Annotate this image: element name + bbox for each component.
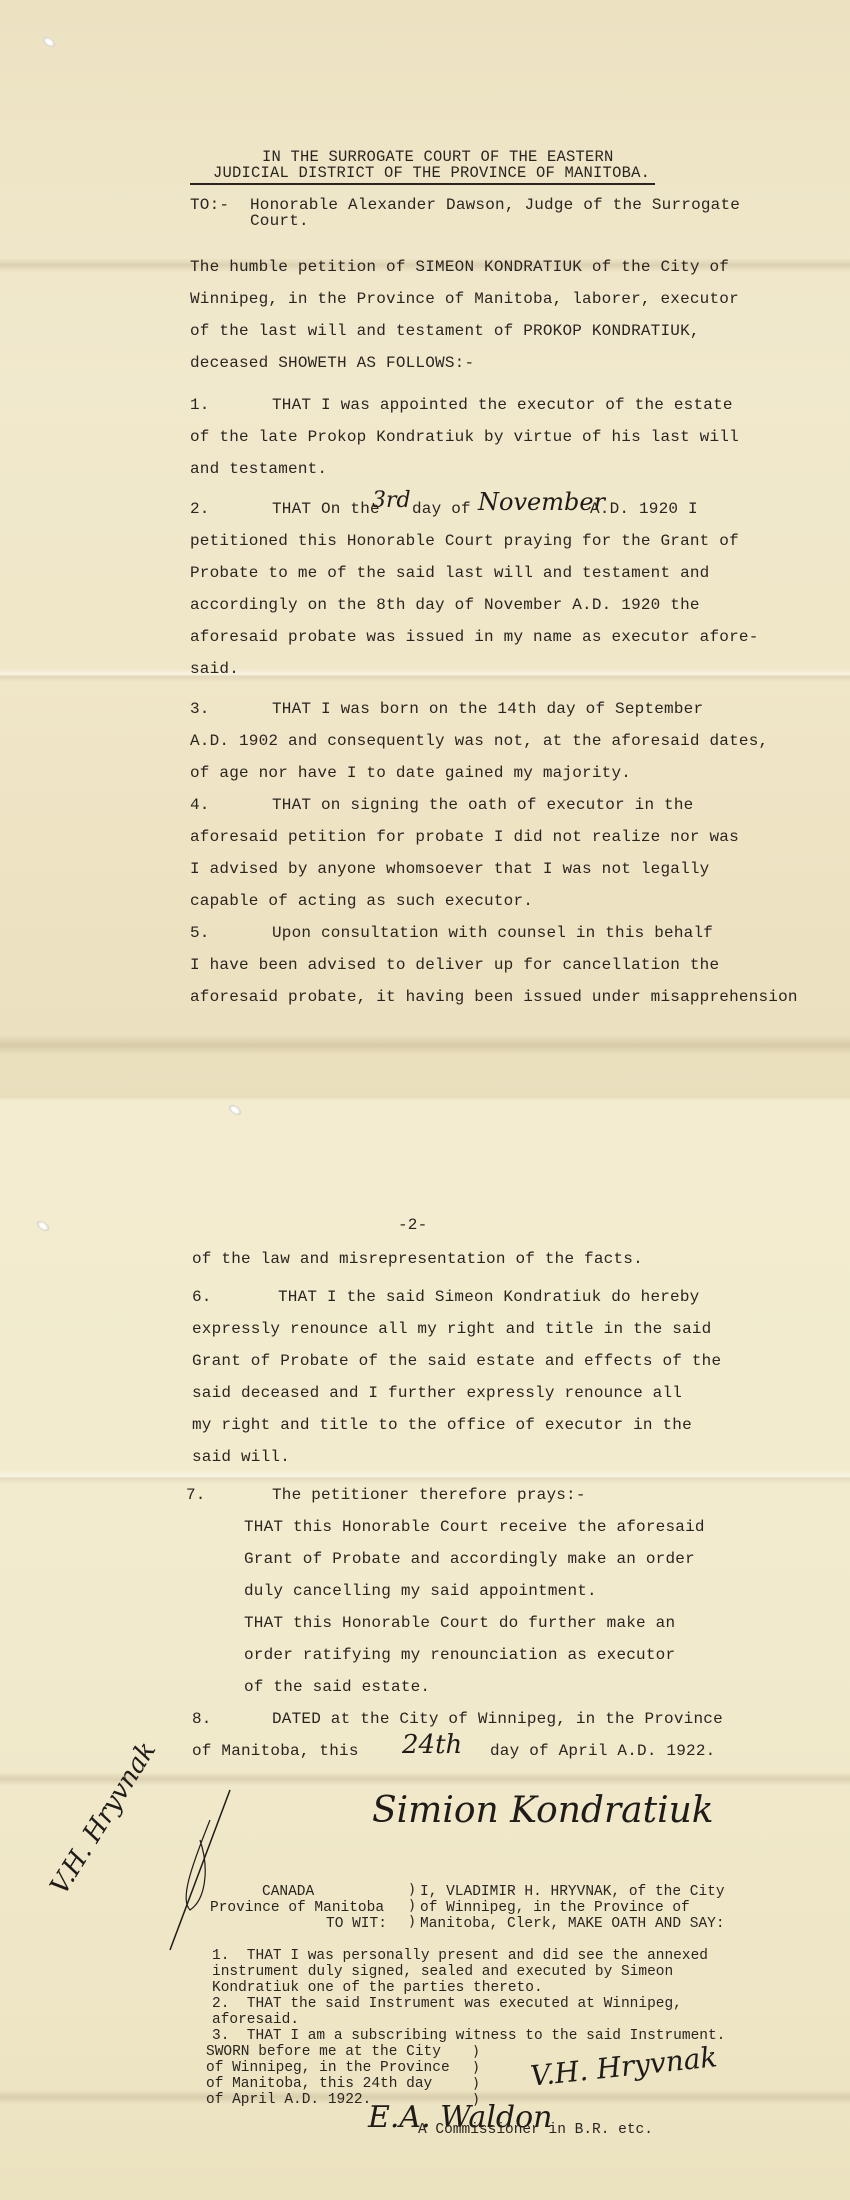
para-number: 2. [190, 500, 210, 518]
prayer-text: THAT this Honorable Court receive the af… [244, 1518, 705, 1536]
para-text: THAT On the [272, 500, 380, 518]
intro-line: of the last will and testament of PROKOP… [190, 322, 700, 340]
heading-line-2: JUDICIAL DISTRICT OF THE PROVINCE OF MAN… [213, 164, 650, 182]
prayer-text: duly cancelling my said appointment. [244, 1582, 597, 1600]
intro-line: Winnipeg, in the Province of Manitoba, l… [190, 290, 739, 308]
deponent-line: I, VLADIMIR H. HRYVNAK, of the City [420, 1884, 725, 1900]
paper-fold [0, 1035, 850, 1055]
para-text: petitioned this Honorable Court praying … [190, 532, 739, 550]
affidavit-item: instrument duly signed, sealed and execu… [212, 1964, 673, 1980]
affidavit-item: 1. THAT I was personally present and did… [212, 1948, 708, 1964]
jurat-line: of Winnipeg, in the Province [206, 2060, 450, 2076]
handwritten-day: 3rd [372, 488, 411, 513]
bracket-divider: ))) [408, 1882, 416, 1930]
handwritten-day: 24th [402, 1730, 462, 1760]
petitioner-signature: Simion Kondratiuk [372, 1790, 714, 1831]
para-text: THAT I was appointed the executor of the… [272, 396, 733, 414]
commissioner-title: A Commissioner in B.R. etc. [418, 2122, 653, 2138]
heading-underline [190, 183, 655, 185]
para-number: 6. [192, 1288, 212, 1306]
para-text: I advised by anyone whomsoever that I wa… [190, 860, 709, 878]
para-text: I have been advised to deliver up for ca… [190, 956, 719, 974]
addressee-line-2: Court. [250, 212, 309, 230]
para-text: aforesaid probate was issued in my name … [190, 628, 759, 646]
staple-hole-icon [227, 1103, 243, 1118]
para-number: 3. [190, 700, 210, 718]
para-text: said deceased and I further expressly re… [192, 1384, 682, 1402]
para-number: 5. [190, 924, 210, 942]
para-text: THAT I was born on the 14th day of Septe… [272, 700, 703, 718]
prayer-text: THAT this Honorable Court do further mak… [244, 1614, 675, 1632]
bracket-divider: )))) [472, 2044, 480, 2108]
venue-line: CANADA [262, 1884, 314, 1900]
para-number: 1. [190, 396, 210, 414]
para-text: of the late Prokop Kondratiuk by virtue … [190, 428, 739, 446]
to-label: TO:- [190, 196, 229, 214]
deponent-line: Manitoba, Clerk, MAKE OATH AND SAY: [420, 1916, 725, 1932]
para-text: Probate to me of the said last will and … [190, 564, 709, 582]
continuation-text: of the law and misrepresentation of the … [192, 1250, 643, 1268]
intro-line: deceased SHOWETH AS FOLLOWS:- [190, 354, 474, 372]
para-text: capable of acting as such executor. [190, 892, 533, 910]
affidavit-item: aforesaid. [212, 2012, 299, 2028]
page-number: -2- [398, 1216, 427, 1234]
para-text: THAT I the said Simeon Kondratiuk do her… [278, 1288, 699, 1306]
para-text: my right and title to the office of exec… [192, 1416, 692, 1434]
staple-hole-icon [35, 1219, 51, 1234]
jurat-line: SWORN before me at the City [206, 2044, 441, 2060]
addressee-line-1: Honorable Alexander Dawson, Judge of the… [250, 196, 740, 214]
para-text: THAT on signing the oath of executor in … [272, 796, 693, 814]
jurat-line: of April A.D. 1922. [206, 2092, 371, 2108]
signature-flourish-icon [150, 1780, 240, 1960]
page-2: -2- of the law and misrepresentation of … [0, 1100, 850, 2200]
venue-line: TO WIT: [326, 1916, 387, 1932]
affidavit-item: 3. THAT I am a subscribing witness to th… [212, 2028, 725, 2044]
intro-line: The humble petition of SIMEON KONDRATIUK… [190, 258, 729, 276]
prayer-text: Grant of Probate and accordingly make an… [244, 1550, 695, 1568]
margin-witness-signature: V.H. Hryvnak [45, 1736, 163, 1900]
prayer-text: of the said estate. [244, 1678, 430, 1696]
para-text: expressly renounce all my right and titl… [192, 1320, 711, 1338]
para-text: aforesaid petition for probate I did not… [190, 828, 739, 846]
para-text: day of [412, 500, 471, 518]
para-text: said. [190, 660, 239, 678]
staple-hole-icon [41, 35, 57, 50]
affidavit-item: 2. THAT the said Instrument was executed… [212, 1996, 682, 2012]
para-number: 8. [192, 1710, 212, 1728]
para-text: of Manitoba, this [192, 1742, 359, 1760]
para-number: 4. [190, 796, 210, 814]
para-text: The petitioner therefore prays:- [272, 1486, 586, 1504]
para-text: of age nor have I to date gained my majo… [190, 764, 631, 782]
para-text: said will. [192, 1448, 290, 1466]
paper-fold [0, 668, 850, 682]
deponent-signature: V.H. Hryvnak [529, 2040, 719, 2092]
para-text: accordingly on the 8th day of November A… [190, 596, 700, 614]
venue-line: Province of Manitoba [210, 1900, 384, 1916]
prayer-text: order ratifying my renounciation as exec… [244, 1646, 675, 1664]
para-text: A.D. 1902 and consequently was not, at t… [190, 732, 768, 750]
para-text: Grant of Probate of the said estate and … [192, 1352, 721, 1370]
page-1: IN THE SURROGATE COURT OF THE EASTERN JU… [0, 0, 850, 1098]
para-text: Upon consultation with counsel in this b… [272, 924, 713, 942]
jurat-line: of Manitoba, this 24th day [206, 2076, 432, 2092]
paper-fold [0, 1470, 850, 1484]
para-text: day of April A.D. 1922. [490, 1742, 715, 1760]
para-number: 7. [186, 1486, 206, 1504]
deponent-line: of Winnipeg, in the Province of [420, 1900, 690, 1916]
para-text: DATED at the City of Winnipeg, in the Pr… [272, 1710, 723, 1728]
para-text: and testament. [190, 460, 327, 478]
para-text: A.D. 1920 I [590, 500, 698, 518]
para-text: aforesaid probate, it having been issued… [190, 988, 798, 1006]
handwritten-month: November [478, 488, 605, 516]
affidavit-item: Kondratiuk one of the parties thereto. [212, 1980, 543, 1996]
